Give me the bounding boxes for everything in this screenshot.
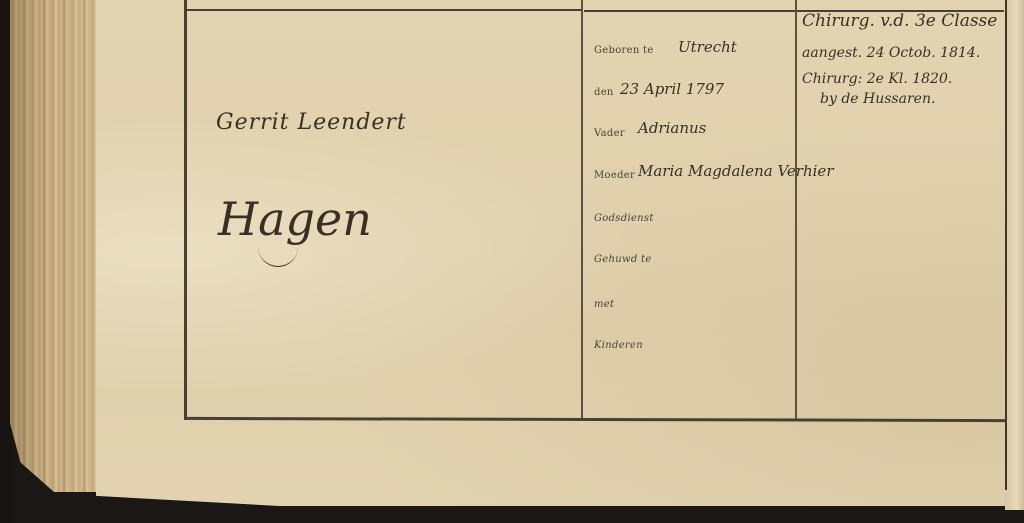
column-divider-2	[795, 0, 797, 420]
table-top-rule	[186, 9, 581, 11]
date-label: den	[594, 87, 614, 98]
married-label: Gehuwd te	[594, 254, 652, 265]
father-name: Adrianus	[638, 119, 706, 137]
religion-label: Godsdienst	[594, 213, 654, 224]
birth-date: 23 April 1797	[620, 80, 724, 98]
document-scan: Gerrit Leendert Hagen Geboren te Utrecht…	[0, 0, 1024, 523]
table-right-border	[1005, 0, 1007, 490]
born-label: Geboren te	[594, 45, 654, 56]
remark-line-3: Chirurg: 2e Kl. 1820.	[802, 70, 952, 88]
mother-label: Moeder	[594, 170, 635, 181]
right-page-edge	[1005, 0, 1024, 510]
column-divider-1	[581, 0, 583, 418]
given-names: Gerrit Leendert	[216, 110, 407, 135]
with-label: met	[594, 299, 614, 310]
remark-line-4: by de Hussaren.	[820, 90, 935, 108]
page-stack-edge	[10, 0, 98, 492]
remark-line-1: Chirurg. v.d. 3e Classe	[802, 12, 997, 30]
table-left-border	[184, 0, 187, 420]
father-label: Vader	[594, 128, 625, 139]
born-place: Utrecht	[678, 38, 737, 56]
mother-name: Maria Magdalena Verhier	[638, 162, 833, 180]
remark-line-2: aangest. 24 Octob. 1814.	[802, 44, 980, 62]
children-label: Kinderen	[594, 340, 643, 351]
